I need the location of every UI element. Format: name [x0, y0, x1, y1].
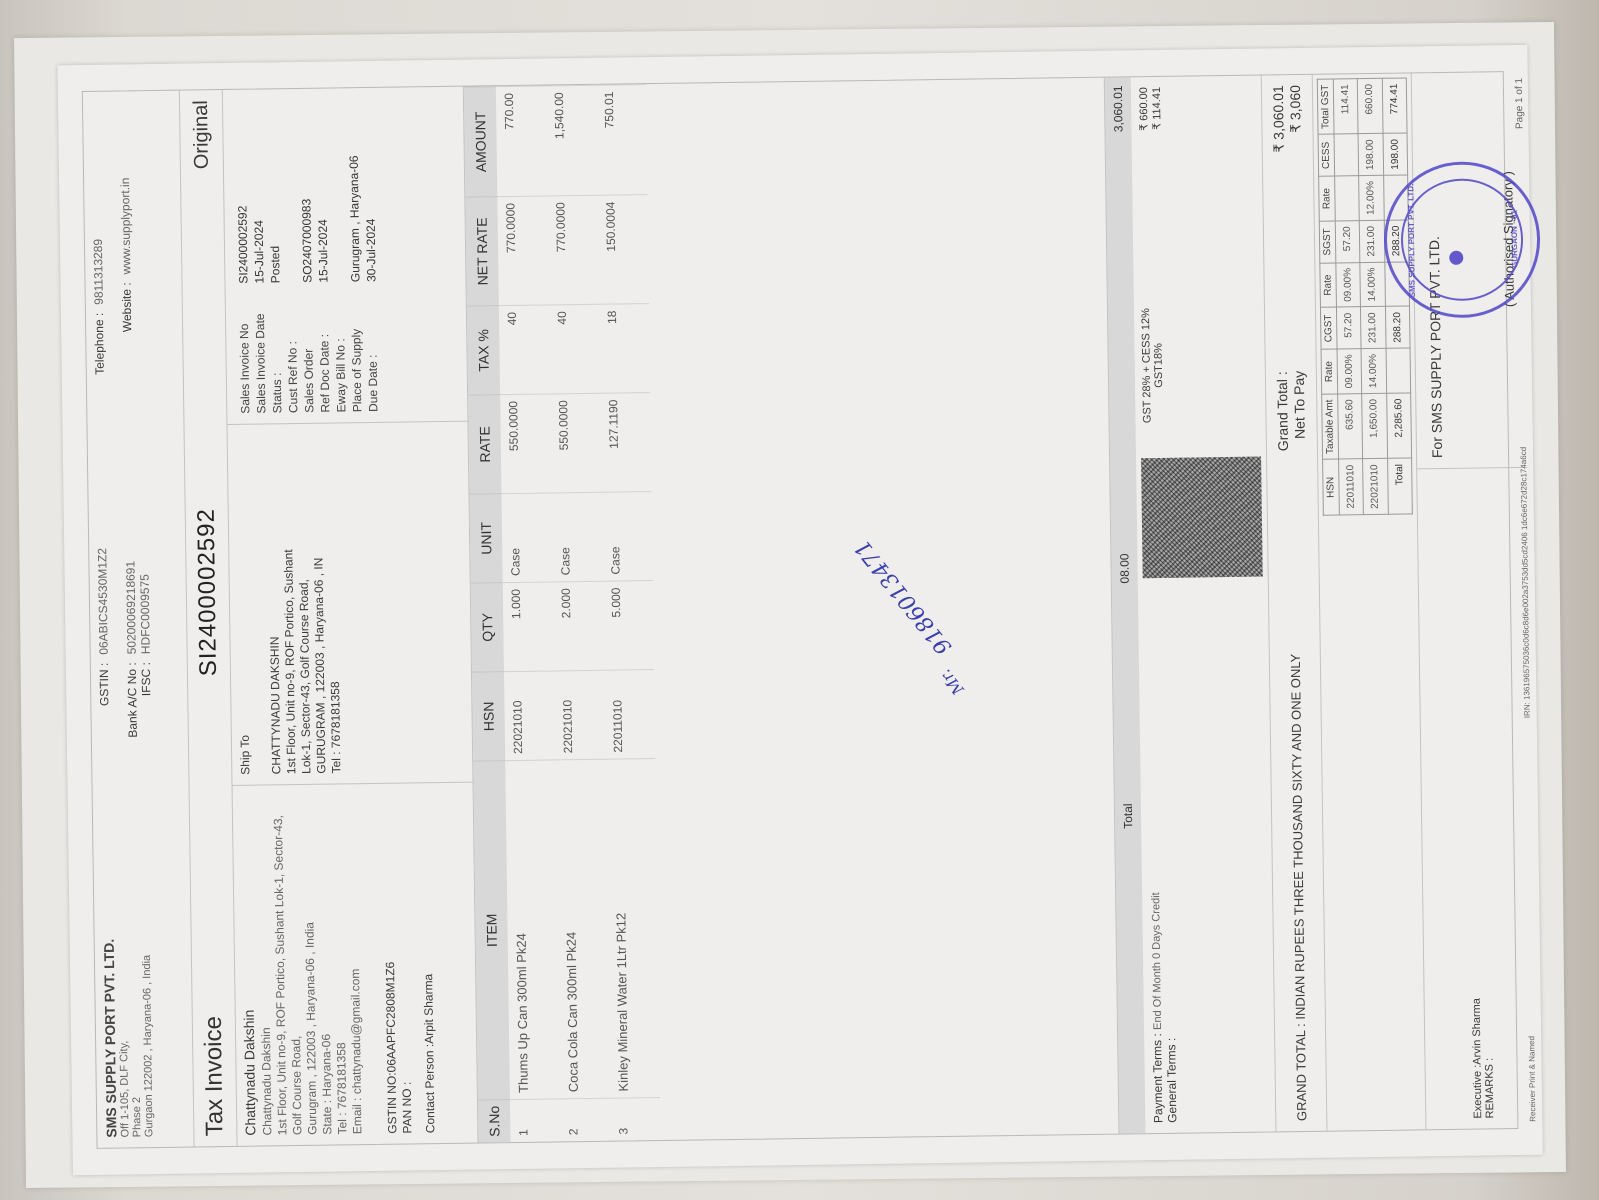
- handwritten-initials: Mr.: [935, 666, 967, 699]
- gst-cell: 57.20: [1336, 307, 1361, 349]
- meta-label: Sales Invoice No: [235, 284, 253, 414]
- gst-cell: 114.41: [1333, 79, 1358, 135]
- company-header: SMS SUPPLY PORT PVT. LTD. Off 1-105, DLF…: [82, 91, 194, 1148]
- doc-title: Tax Invoice: [189, 686, 235, 1147]
- col-sno: S.No: [477, 1100, 510, 1143]
- cell-sno: 2: [559, 1098, 610, 1141]
- gst-col-header: Total GST: [1317, 79, 1334, 135]
- meta-label: Status :: [267, 283, 285, 413]
- gst-col-header: Rate: [1321, 349, 1338, 394]
- bank-account: 50200069218691: [123, 561, 138, 655]
- col-qty: QTY: [470, 583, 503, 672]
- gst-col-header: HSN: [1322, 459, 1339, 515]
- col-amount: AMOUNT: [463, 87, 497, 197]
- gst-cell: 231.00: [1360, 307, 1385, 349]
- amount-in-words: GRAND TOTAL : INDIAN RUPEES THREE THOUSA…: [1278, 461, 1314, 1131]
- cell-net-rate: 150.0004: [597, 195, 649, 305]
- ship-to: Ship To CHATTYNADU DAKSHIN 1st Floor, Un…: [227, 421, 472, 785]
- gst-col-header: SGST: [1319, 221, 1336, 263]
- gst-cell: [1385, 348, 1410, 393]
- cell-amount: 1,540.00: [545, 85, 597, 196]
- invoice-meta: Sales Invoice NoSI2400002592 Sales Invoi…: [222, 87, 467, 424]
- meta-label: Sales Invoice Date: [251, 283, 269, 413]
- gst-cell: 1,650.00: [1362, 393, 1387, 459]
- gst-cell: 774.41: [1381, 78, 1406, 134]
- cell-hsn: 22011010: [603, 670, 654, 760]
- tax-summary-value: ₹ 660.00: [1136, 87, 1150, 131]
- copy-label: Original: [183, 90, 221, 286]
- cell-rate: 550.0000: [500, 394, 551, 494]
- total-qty: 08.00: [1117, 553, 1134, 763]
- total-label: Total: [1120, 763, 1139, 1133]
- gst-breakup-table: HSNTaxable AmtRateCGSTRateSGSTRateCESSTo…: [1316, 77, 1412, 515]
- gst-cell: 635.60: [1337, 394, 1362, 460]
- items-section: S.No ITEM HSN QTY UNIT RATE TAX % NET RA…: [463, 78, 1119, 1143]
- meta-value: 30-Jul-2024: [362, 218, 379, 282]
- gst-cell: 231.00: [1359, 220, 1384, 262]
- meta-label: Cust Ref No :: [283, 283, 301, 413]
- gst-cell: [1334, 176, 1359, 221]
- meta-label: Place of Supply: [347, 282, 365, 412]
- website: www.supplyport.in: [118, 178, 133, 275]
- company-gstin: 06ABICS4530M1Z2: [95, 548, 110, 655]
- gst-cell: 288.20: [1385, 306, 1410, 348]
- meta-value: Posted: [267, 246, 284, 284]
- gst-col-header: Rate: [1318, 176, 1335, 221]
- handwritten-phone: 9186013471: [849, 534, 956, 659]
- invoice-page: SMS SUPPLY PORT PVT. LTD. Off 1-105, DLF…: [57, 45, 1542, 1175]
- bill-to: Chattynadu Dakshin Chattynadu Dakshin 1s…: [232, 782, 477, 1146]
- cell-tax: 40: [498, 305, 549, 395]
- page-number: Page 1 of 1: [1513, 78, 1525, 129]
- payment-terms-value: End Of Month 0 Days Credit: [1150, 892, 1164, 1030]
- tax-summary-label: GST18%: [1151, 308, 1165, 423]
- cell-amount: 750.01: [595, 85, 647, 196]
- payment-terms-label: Payment Terms :: [1150, 1033, 1165, 1123]
- net-to-pay-value: ₹ 3,060: [1286, 85, 1304, 133]
- cell-item: Thums Up Can 300ml Pk24: [505, 760, 560, 1100]
- tax-summary-value: ₹ 114.41: [1149, 87, 1163, 131]
- gst-cell: 09.00%: [1337, 349, 1362, 394]
- meta-label: Sales Order: [299, 283, 317, 413]
- col-tax: TAX %: [466, 306, 499, 395]
- tax-summary-label: GST 28% + CESS 12%: [1139, 308, 1153, 423]
- meta-value: 15-Jul-2024: [250, 220, 267, 284]
- stamp-text: SMS SUPPLY PORT PVT. LTD.: [1405, 165, 1416, 315]
- gst-col-header: Rate: [1319, 263, 1336, 308]
- cell-tax: 18: [598, 304, 649, 394]
- cell-rate: 127.1190: [600, 393, 651, 493]
- cell-unit: Case: [551, 492, 602, 582]
- grand-total-label: Grand Total :: [1273, 371, 1291, 451]
- cell-sno: 1: [509, 1099, 560, 1142]
- meta-label: Eway Bill No :: [331, 282, 349, 412]
- meta-value: 15-Jul-2024: [314, 219, 331, 283]
- gst-cell: 14.00%: [1360, 262, 1385, 307]
- meta-value: SO2407000983: [298, 199, 315, 283]
- gst-cell: 12.00%: [1358, 175, 1383, 220]
- meta-label: Ref Doc Date :: [315, 283, 333, 413]
- ifsc-label: IFSC :: [138, 662, 153, 757]
- col-item: ITEM: [473, 761, 510, 1100]
- cell-sno: 3: [609, 1098, 660, 1141]
- gst-cell: 57.20: [1335, 221, 1360, 263]
- gst-cell: 2,285.60: [1386, 393, 1411, 459]
- gst-cell: 198.00: [1382, 133, 1407, 175]
- meta-label: Due Date :: [363, 282, 381, 412]
- gst-col-header: CESS: [1318, 134, 1335, 176]
- bill-to-name: Chattynadu Dakshin: [238, 796, 258, 1136]
- cell-net-rate: 770.0000: [497, 196, 549, 306]
- cell-hsn: 22021010: [503, 671, 554, 761]
- gst-col-header: Taxable Amt: [1321, 394, 1338, 460]
- cell-unit: Case: [501, 493, 552, 583]
- meta-value: Gurugram , Haryana-06: [345, 155, 363, 282]
- gst-cell: 22011010: [1338, 459, 1363, 515]
- qr-code: [1141, 457, 1263, 579]
- telephone: 9811313289: [90, 239, 105, 305]
- gstin-label: GSTIN :: [96, 663, 111, 758]
- grand-total-value: ₹ 3,060.01: [1269, 85, 1287, 153]
- cell-unit: Case: [601, 492, 652, 582]
- col-rate: RATE: [468, 395, 501, 494]
- invoice-number: SI2400002592: [183, 286, 229, 687]
- receiver-label: Receiver Print & Named: [1527, 1036, 1539, 1122]
- terms-row: Payment Terms : End Of Month 0 Days Cred…: [1130, 76, 1276, 1134]
- items-table: S.No ITEM HSN QTY UNIT RATE TAX % NET RA…: [463, 84, 660, 1142]
- cell-qty: 2.000: [552, 581, 603, 671]
- cell-hsn: 22021010: [553, 670, 604, 760]
- cell-amount: 770.00: [495, 86, 547, 197]
- col-hsn: HSN: [471, 672, 504, 761]
- col-unit: UNIT: [469, 494, 502, 583]
- gst-cell: [1334, 134, 1359, 176]
- gst-cell: 660.00: [1357, 78, 1382, 134]
- website-label: Website :: [119, 282, 135, 407]
- gst-cell: Total: [1387, 458, 1412, 514]
- meta-value: SI2400002592: [234, 206, 251, 284]
- cell-item: Coca Cola Can 300ml Pk24: [555, 759, 610, 1099]
- gst-cell: 09.00%: [1335, 262, 1360, 307]
- gst-col-header: CGST: [1320, 307, 1337, 349]
- total-amount: 3,060.01: [1110, 77, 1131, 553]
- ifsc-code: HDFC0009575: [137, 574, 152, 654]
- cell-qty: 1.000: [502, 582, 553, 672]
- gst-cell: 14.00%: [1361, 348, 1386, 393]
- address-row: Chattynadu Dakshin Chattynadu Dakshin 1s…: [222, 87, 478, 1146]
- bank-label: Bank A/C No :: [124, 662, 139, 757]
- telephone-label: Telephone :: [91, 313, 106, 408]
- cell-item: Kinley Mineral Water 1Ltr Pk12: [605, 759, 660, 1099]
- gst-cell: 22021010: [1362, 459, 1387, 515]
- cell-net-rate: 770.0000: [547, 195, 599, 305]
- gst-cell: 198.00: [1358, 134, 1383, 176]
- col-net-rate: NET RATE: [465, 197, 499, 306]
- cell-rate: 550.0000: [550, 393, 601, 493]
- ship-to-label: Ship To: [233, 435, 253, 775]
- cell-qty: 5.000: [602, 581, 653, 671]
- cell-tax: 40: [548, 304, 599, 394]
- net-to-pay-label: Net To Pay: [1290, 371, 1308, 451]
